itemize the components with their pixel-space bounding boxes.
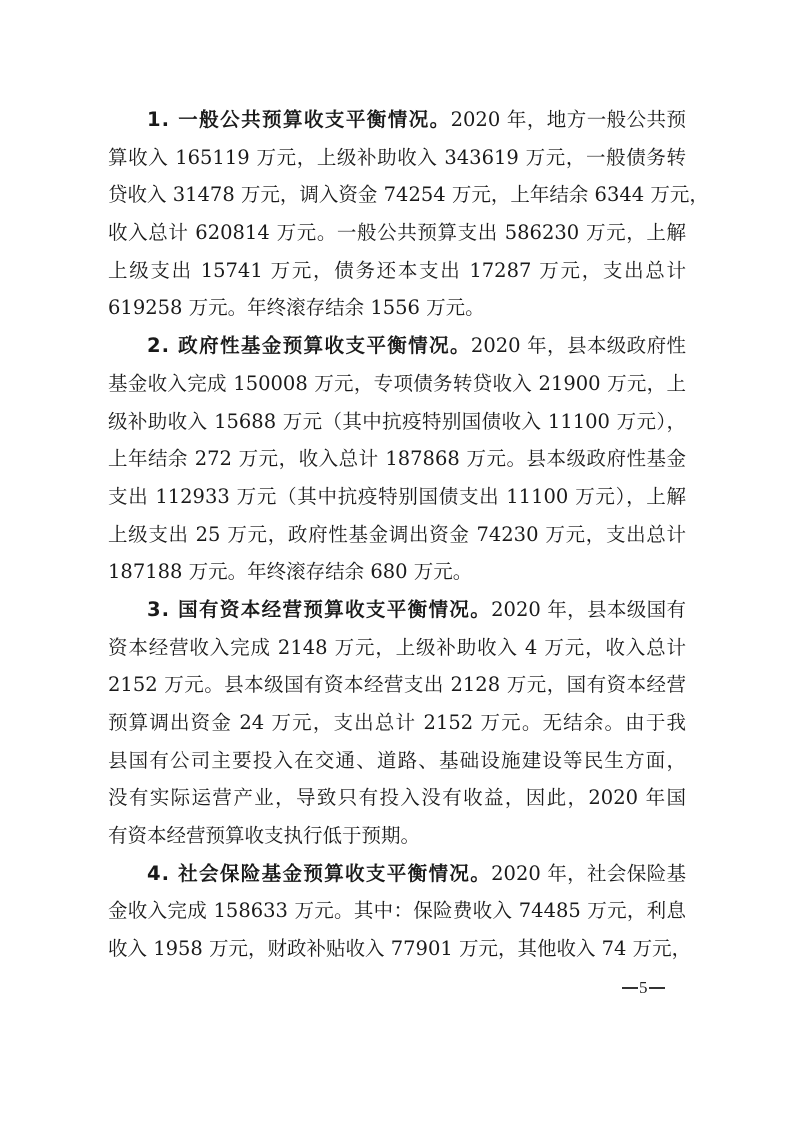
paragraph-line: 级补助收入 15688 万元（其中抗疫特别国债收入 11100 万元）， — [108, 403, 686, 441]
paragraph-line: 187188 万元。年终滚存结余 680 万元。 — [108, 553, 686, 591]
section-heading: 1. 一般公共预算收支平衡情况。 — [147, 108, 451, 131]
paragraph-line: 收入 1958 万元，财政补贴收入 77901 万元，其他收入 74 万元， — [108, 930, 686, 968]
paragraph-line: 贷收入 31478 万元，调入资金 74254 万元，上年结余 6344 万元， — [108, 176, 686, 214]
paragraph-line: 县国有公司主要投入在交通、道路、基础设施建设等民生方面， — [108, 742, 686, 780]
paragraph-text: 2020 年，社会保险基 — [491, 862, 686, 885]
paragraph-first-line: 3. 国有资本经营预算收支平衡情况。2020 年，县本级国有 — [108, 591, 686, 629]
paragraph-line: 金收入完成 158633 万元。其中：保险费收入 74485 万元，利息 — [108, 892, 686, 930]
section-heading: 3. 国有资本经营预算收支平衡情况。 — [147, 598, 491, 621]
paragraph-line: 没有实际运营产业，导致只有投入没有收益，因此，2020 年国 — [108, 779, 686, 817]
paragraph-social-insurance-budget: 4. 社会保险基金预算收支平衡情况。2020 年，社会保险基 金收入完成 158… — [108, 855, 686, 968]
document-page: 1. 一般公共预算收支平衡情况。2020 年，地方一般公共预 算收入 16511… — [108, 101, 686, 968]
dash-left-decoration — [622, 987, 638, 988]
page-number-value: 5 — [639, 978, 648, 998]
paragraph-line: 2152 万元。县本级国有资本经营支出 2128 万元，国有资本经营 — [108, 666, 686, 704]
paragraph-state-capital-budget: 3. 国有资本经营预算收支平衡情况。2020 年，县本级国有 资本经营收入完成 … — [108, 591, 686, 855]
paragraph-first-line: 2. 政府性基金预算收支平衡情况。2020 年，县本级政府性 — [108, 327, 686, 365]
paragraph-first-line: 4. 社会保险基金预算收支平衡情况。2020 年，社会保险基 — [108, 855, 686, 893]
section-heading: 4. 社会保险基金预算收支平衡情况。 — [147, 862, 491, 885]
page-number: 5 — [621, 978, 666, 998]
paragraph-general-public-budget: 1. 一般公共预算收支平衡情况。2020 年，地方一般公共预 算收入 16511… — [108, 101, 686, 327]
paragraph-line: 收入总计 620814 万元。一般公共预算支出 586230 万元，上解 — [108, 214, 686, 252]
paragraph-text: 2020 年，县本级国有 — [491, 598, 686, 621]
paragraph-line: 上级支出 15741 万元，债务还本支出 17287 万元，支出总计 — [108, 252, 686, 290]
paragraph-text: 2020 年，地方一般公共预 — [451, 108, 686, 131]
paragraph-text: 2020 年，县本级政府性 — [471, 334, 686, 357]
paragraph-line: 支出 112933 万元（其中抗疫特别国债支出 11100 万元），上解 — [108, 478, 686, 516]
paragraph-first-line: 1. 一般公共预算收支平衡情况。2020 年，地方一般公共预 — [108, 101, 686, 139]
paragraph-line: 资本经营收入完成 2148 万元，上级补助收入 4 万元，收入总计 — [108, 629, 686, 667]
paragraph-government-fund-budget: 2. 政府性基金预算收支平衡情况。2020 年，县本级政府性 基金收入完成 15… — [108, 327, 686, 591]
paragraph-line: 基金收入完成 150008 万元，专项债务转贷收入 21900 万元，上 — [108, 365, 686, 403]
paragraph-line: 上年结余 272 万元，收入总计 187868 万元。县本级政府性基金 — [108, 440, 686, 478]
dash-right-decoration — [649, 987, 665, 988]
section-heading: 2. 政府性基金预算收支平衡情况。 — [147, 334, 471, 357]
paragraph-line: 算收入 165119 万元，上级补助收入 343619 万元，一般债务转 — [108, 139, 686, 177]
paragraph-line: 预算调出资金 24 万元，支出总计 2152 万元。无结余。由于我 — [108, 704, 686, 742]
paragraph-line: 上级支出 25 万元，政府性基金调出资金 74230 万元，支出总计 — [108, 516, 686, 554]
paragraph-line: 619258 万元。年终滚存结余 1556 万元。 — [108, 289, 686, 327]
paragraph-line: 有资本经营预算收支执行低于预期。 — [108, 817, 686, 855]
